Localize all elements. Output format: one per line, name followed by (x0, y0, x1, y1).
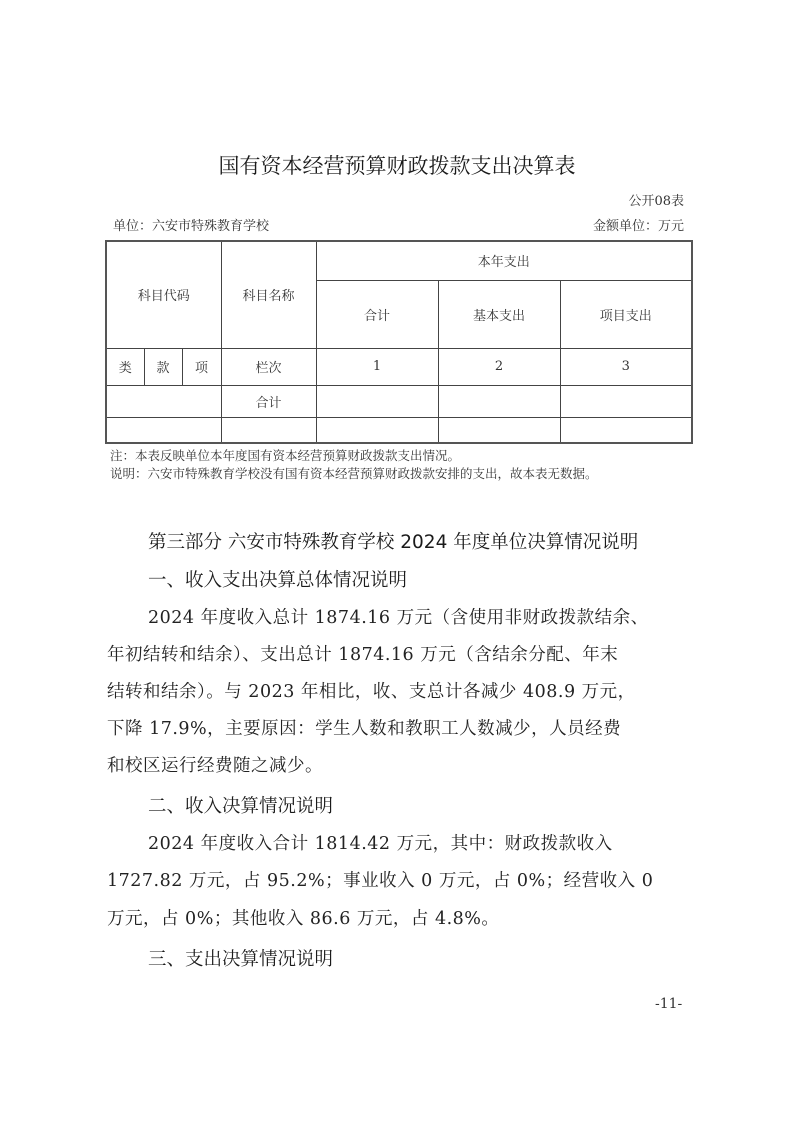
cell-basic (438, 417, 560, 443)
cell-total (316, 385, 438, 417)
header-subject-code: 科目代码 (106, 241, 221, 348)
paragraph-line: 2024 年度收入总计 1874.16 万元（含使用非财政拨款结余、 (148, 604, 649, 629)
heading-overall: 一、收入支出决算总体情况说明 (148, 566, 407, 592)
paragraph-line: 和校区运行经费随之减少。 (107, 752, 323, 777)
cell-project (560, 385, 692, 417)
heading-expense: 三、支出决算情况说明 (148, 945, 333, 971)
index-kuan: 款 (144, 348, 182, 385)
table-explanation: 说明：六安市特殊教育学校没有国有资本经营预算财政拨款安排的支出，故本表无数据。 (110, 464, 598, 482)
amount-unit: 金额单位：万元 (593, 215, 684, 234)
paragraph-line: 结转和结余）。与 2023 年相比，收、支总计各减少 408.9 万元， (107, 678, 636, 703)
cell-name (221, 417, 316, 443)
header-current-year-expense: 本年支出 (316, 241, 692, 280)
index-col2: 2 (438, 348, 560, 385)
table-row: 合计 (106, 385, 692, 417)
paragraph-line: 万元，占 0%；其他收入 86.6 万元，占 4.8%。 (107, 905, 499, 930)
cell-total (316, 417, 438, 443)
index-lei: 类 (106, 348, 144, 385)
expense-table: 科目代码 科目名称 本年支出 合计 基本支出 项目支出 类 款 项 栏次 1 2… (105, 240, 693, 444)
header-total: 合计 (316, 280, 438, 348)
index-col1: 1 (316, 348, 438, 385)
cell-code (106, 417, 221, 443)
cell-basic (438, 385, 560, 417)
paragraph-line: 1727.82 万元，占 95.2%；事业收入 0 万元，占 0%；经营收入 0 (107, 867, 653, 892)
cell-name: 合计 (221, 385, 316, 417)
index-xiang: 项 (182, 348, 221, 385)
header-project-expense: 项目支出 (560, 280, 692, 348)
part-title: 第三部分 六安市特殊教育学校 2024 年度单位决算情况说明 (148, 528, 638, 554)
form-number: 公开08表 (628, 190, 684, 209)
paragraph-line: 下降 17.9%，主要原因：学生人数和教职工人数减少，人员经费 (107, 715, 621, 740)
header-subject-name: 科目名称 (221, 241, 316, 348)
paragraph-line: 年初结转和结余）、支出总计 1874.16 万元（含结余分配、年末 (107, 641, 618, 666)
unit-label: 单位：六安市特殊教育学校 (113, 215, 269, 234)
cell-project (560, 417, 692, 443)
page-number: -11- (655, 996, 682, 1012)
table-note: 注：本表反映单位本年度国有资本经营预算财政拨款支出情况。 (110, 446, 460, 464)
page-title: 国有资本经营预算财政拨款支出决算表 (0, 150, 794, 180)
index-column-label: 栏次 (221, 348, 316, 385)
cell-code (106, 385, 221, 417)
header-basic-expense: 基本支出 (438, 280, 560, 348)
index-col3: 3 (560, 348, 692, 385)
table-row (106, 417, 692, 443)
paragraph-line: 2024 年度收入合计 1814.42 万元，其中：财政拨款收入 (148, 830, 613, 855)
heading-income: 二、收入决算情况说明 (148, 792, 333, 818)
